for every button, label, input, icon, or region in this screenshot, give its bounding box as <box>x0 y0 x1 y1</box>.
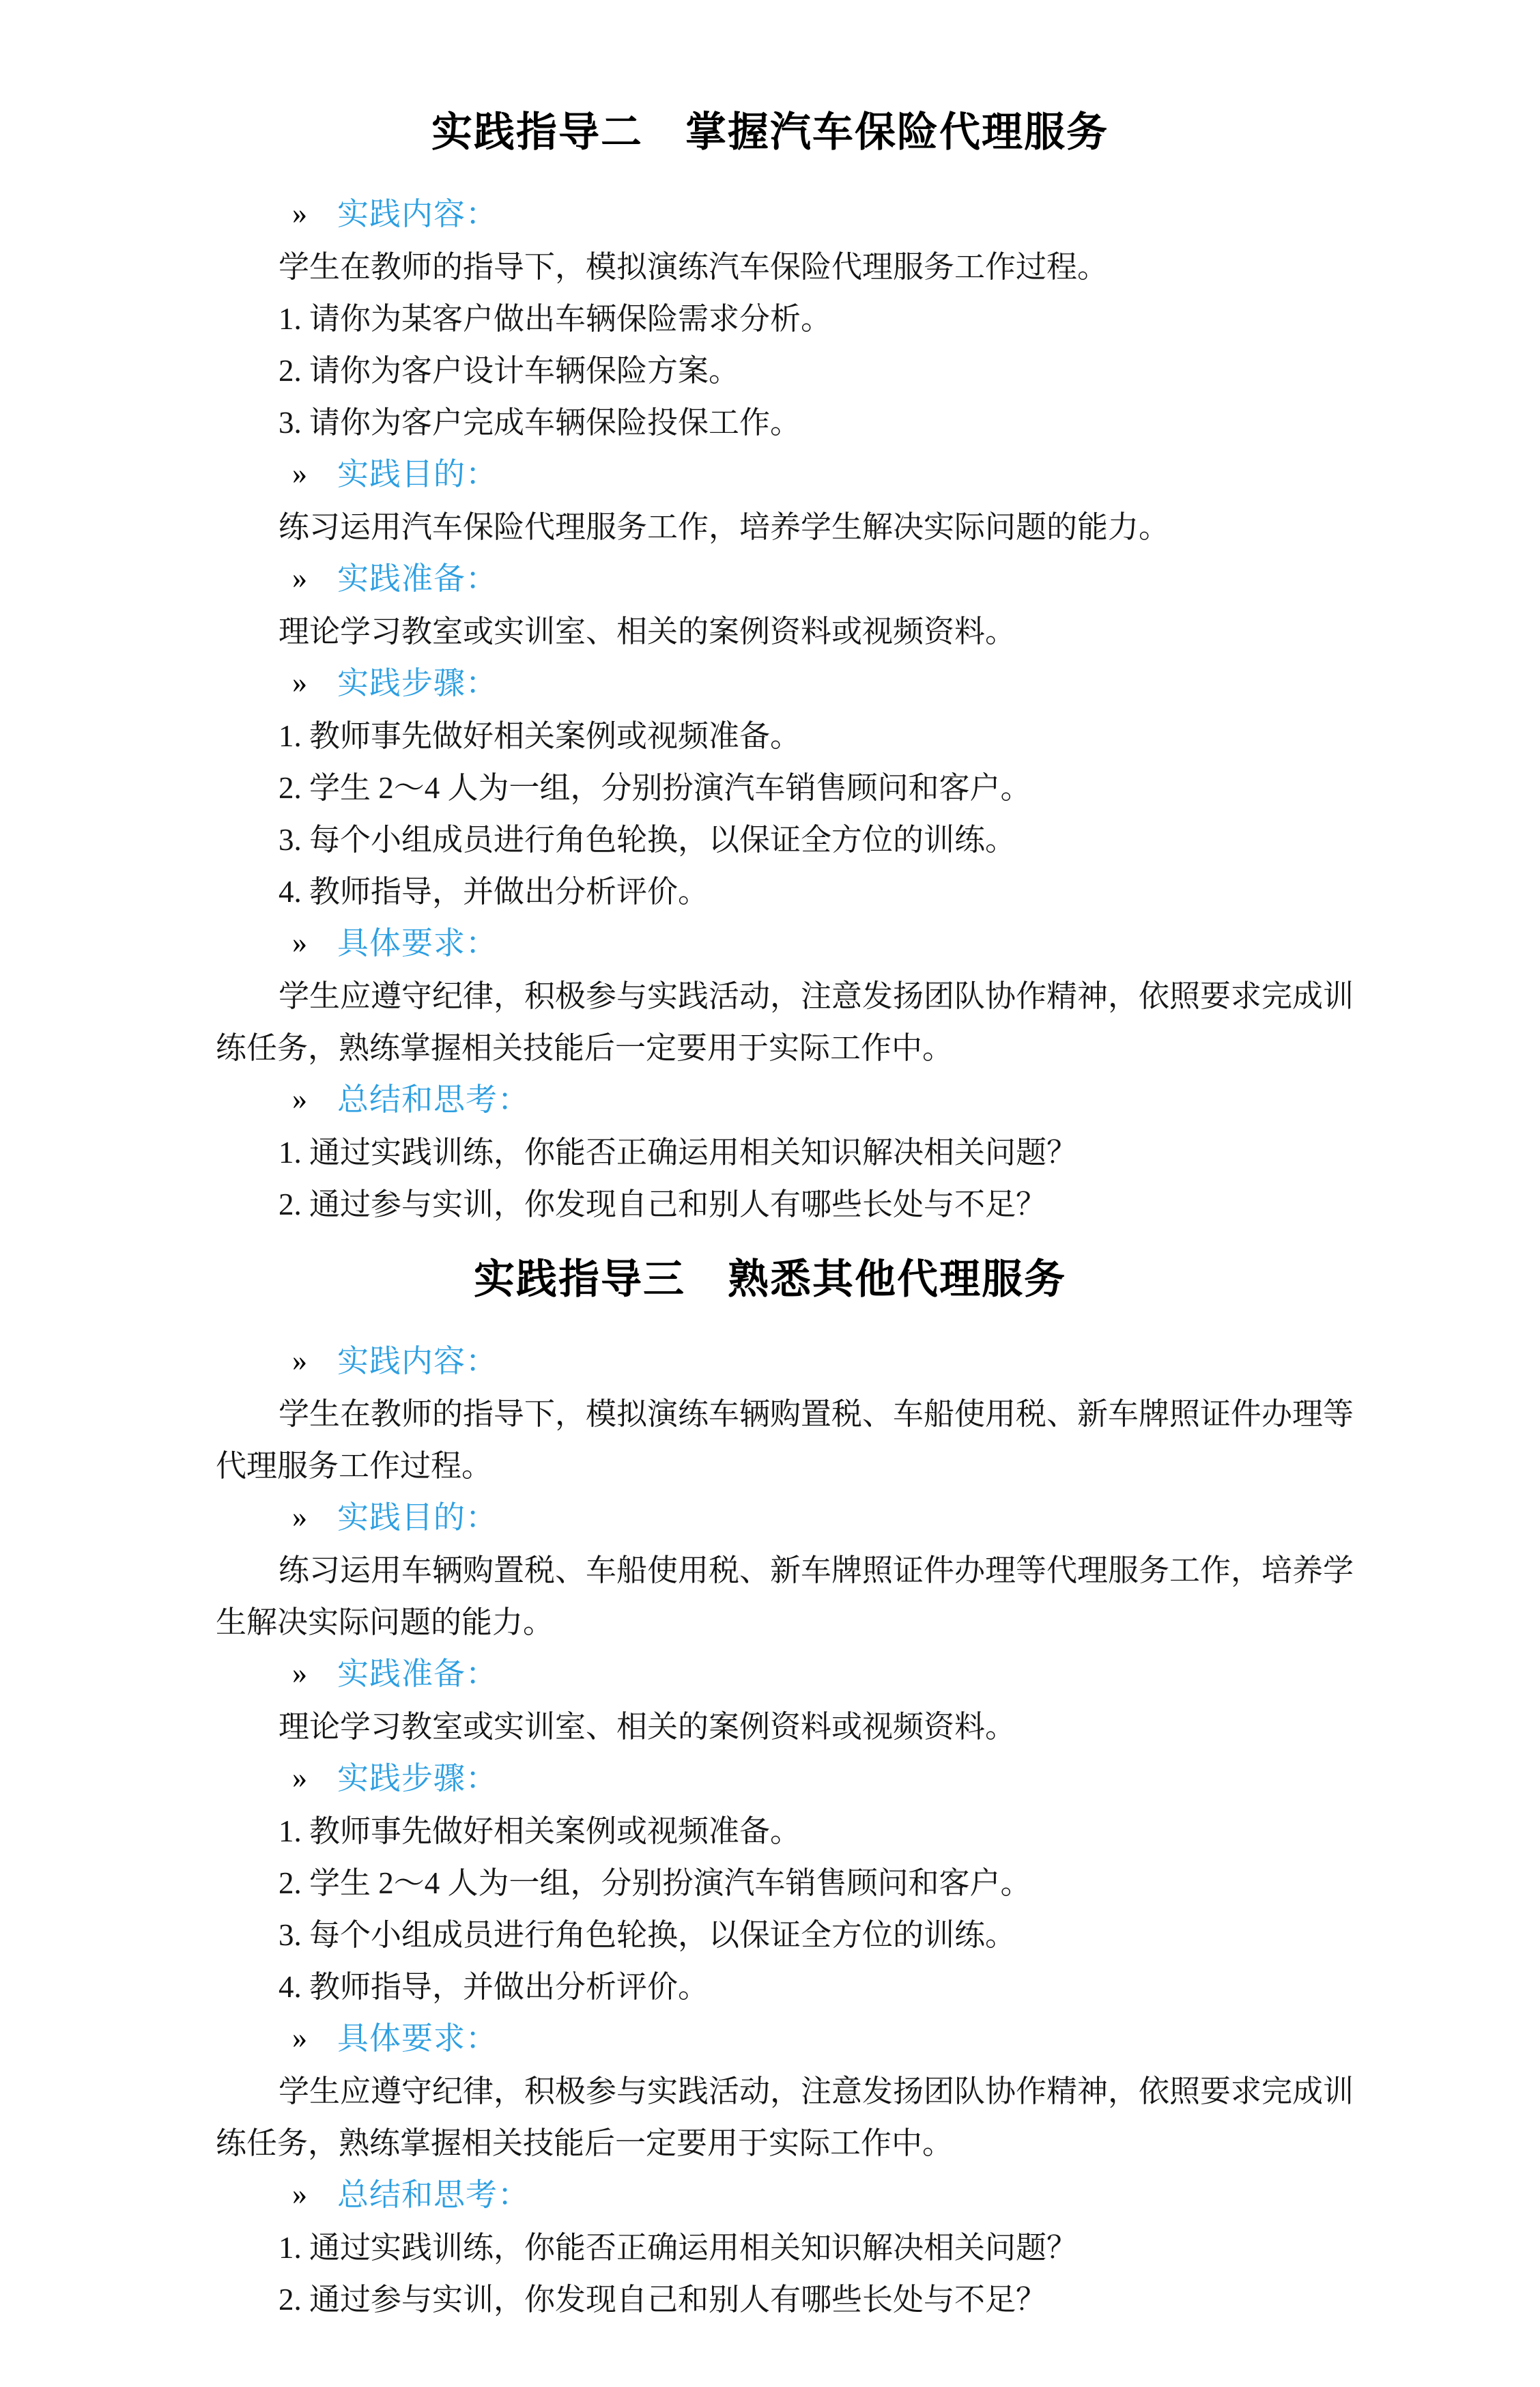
paragraph-line: 学生在教师的指导下，模拟演练车辆购置税、车船使用税、新车牌照证件办理等 <box>216 1388 1324 1440</box>
paragraph-line: 学生应遵守纪律，积极参与实践活动，注意发扬团队协作精神，依照要求完成训 <box>216 2065 1324 2117</box>
paragraph-line: 代理服务工作过程。 <box>216 1440 1324 1492</box>
paragraph-line: 理论学习教室或实训室、相关的案例资料或视频资料。 <box>216 606 1324 658</box>
heading-line: »实践内容： <box>216 188 1324 241</box>
practice-heading: 实践准备： <box>337 561 498 596</box>
section-title: 实践指导三 熟悉其他代理服务 <box>216 1248 1324 1311</box>
practice-heading: 总结和思考： <box>337 2177 530 2212</box>
heading-line: »实践步骤： <box>216 658 1324 710</box>
practice-heading: 实践内容： <box>337 1344 498 1379</box>
heading-line: »实践目的： <box>216 1492 1324 1544</box>
section-title: 实践指导二 掌握汽车保险代理服务 <box>216 101 1324 164</box>
paragraph-line: 练习运用汽车保险代理服务工作，培养学生解决实际问题的能力。 <box>216 501 1324 553</box>
paragraph-line: 练任务，熟练掌握相关技能后一定要用于实际工作中。 <box>216 2117 1324 2169</box>
chevron-right-icon: » <box>292 1648 307 1699</box>
chevron-right-icon: » <box>292 917 307 969</box>
paragraph-line: 2. 通过参与实训，你发现自己和别人有哪些长处与不足？ <box>216 2274 1324 2326</box>
practice-heading: 具体要求： <box>337 926 498 961</box>
paragraph-line: 理论学习教室或实训室、相关的案例资料或视频资料。 <box>216 1701 1324 1753</box>
heading-line: »具体要求： <box>216 918 1324 970</box>
paragraph-line: 学生应遵守纪律，积极参与实践活动，注意发扬团队协作精神，依照要求完成训 <box>216 970 1324 1022</box>
paragraph-line: 学生在教师的指导下，模拟演练汽车保险代理服务工作过程。 <box>216 241 1324 293</box>
paragraph-line: 2. 请你为客户设计车辆保险方案。 <box>216 345 1324 397</box>
practice-heading: 实践步骤： <box>337 666 498 701</box>
practice-heading: 总结和思考： <box>337 1082 530 1117</box>
paragraph-line: 3. 请你为客户完成车辆保险投保工作。 <box>216 397 1324 449</box>
paragraph-line: 4. 教师指导，并做出分析评价。 <box>216 1961 1324 2013</box>
practice-heading: 实践目的： <box>337 457 498 492</box>
chevron-right-icon: » <box>292 1491 307 1543</box>
heading-line: »总结和思考： <box>216 1074 1324 1127</box>
heading-line: »实践内容： <box>216 1336 1324 1388</box>
paragraph-line: 2. 通过参与实训，你发现自己和别人有哪些长处与不足？ <box>216 1178 1324 1230</box>
chevron-right-icon: » <box>292 448 307 500</box>
practice-heading: 实践准备： <box>337 1656 498 1691</box>
chevron-right-icon: » <box>292 1073 307 1125</box>
practice-section: 实践指导三 熟悉其他代理服务»实践内容：学生在教师的指导下，模拟演练车辆购置税、… <box>216 1248 1324 2326</box>
chevron-right-icon: » <box>292 2169 307 2220</box>
paragraph-line: 练任务，熟练掌握相关技能后一定要用于实际工作中。 <box>216 1022 1324 1074</box>
chevron-right-icon: » <box>292 2012 307 2064</box>
paragraph-line: 1. 教师事先做好相关案例或视频准备。 <box>216 1805 1324 1857</box>
heading-line: »实践步骤： <box>216 1753 1324 1805</box>
paragraph-line: 生解决实际问题的能力。 <box>216 1596 1324 1648</box>
paragraph-line: 2. 学生 2～4 人为一组，分别扮演汽车销售顾问和客户。 <box>216 762 1324 814</box>
paragraph-line: 4. 教师指导，并做出分析评价。 <box>216 866 1324 918</box>
paragraph-line: 1. 教师事先做好相关案例或视频准备。 <box>216 710 1324 762</box>
heading-line: »实践准备： <box>216 1648 1324 1701</box>
practice-heading: 实践目的： <box>337 1500 498 1535</box>
heading-line: »总结和思考： <box>216 2169 1324 2222</box>
practice-heading: 具体要求： <box>337 2021 498 2056</box>
practice-heading: 实践内容： <box>337 197 498 231</box>
chevron-right-icon: » <box>292 1335 307 1387</box>
document-page: 实践指导二 掌握汽车保险代理服务»实践内容：学生在教师的指导下，模拟演练汽车保险… <box>0 0 1540 2387</box>
practice-section: 实践指导二 掌握汽车保险代理服务»实践内容：学生在教师的指导下，模拟演练汽车保险… <box>216 101 1324 1230</box>
paragraph-line: 3. 每个小组成员进行角色轮换，以保证全方位的训练。 <box>216 1909 1324 1961</box>
chevron-right-icon: » <box>292 188 307 240</box>
paragraph-line: 1. 通过实践训练，你能否正确运用相关知识解决相关问题？ <box>216 2222 1324 2274</box>
chevron-right-icon: » <box>292 1752 307 1804</box>
paragraph-line: 3. 每个小组成员进行角色轮换，以保证全方位的训练。 <box>216 814 1324 866</box>
chevron-right-icon: » <box>292 657 307 709</box>
heading-line: »实践目的： <box>216 449 1324 501</box>
paragraph-line: 2. 学生 2～4 人为一组，分别扮演汽车销售顾问和客户。 <box>216 1857 1324 1909</box>
paragraph-line: 1. 请你为某客户做出车辆保险需求分析。 <box>216 293 1324 345</box>
chevron-right-icon: » <box>292 552 307 604</box>
paragraph-line: 练习运用车辆购置税、车船使用税、新车牌照证件办理等代理服务工作，培养学 <box>216 1544 1324 1596</box>
practice-heading: 实践步骤： <box>337 1761 498 1796</box>
paragraph-line: 1. 通过实践训练，你能否正确运用相关知识解决相关问题？ <box>216 1127 1324 1178</box>
heading-line: »具体要求： <box>216 2013 1324 2065</box>
heading-line: »实践准备： <box>216 553 1324 606</box>
